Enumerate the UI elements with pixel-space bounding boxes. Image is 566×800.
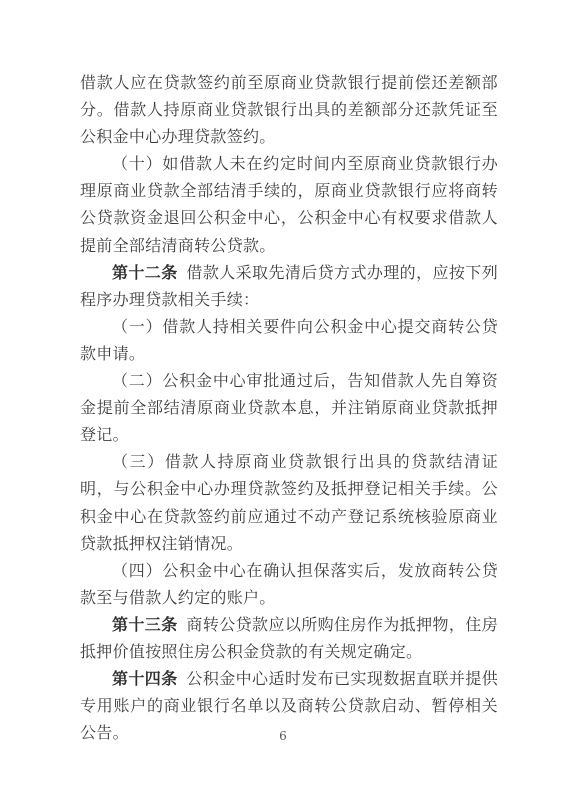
article-heading: 第十四条 <box>112 669 178 688</box>
paragraph-item-1: （一）借款人持相关要件向公积金中心提交商转公贷款申请。 <box>80 313 498 367</box>
paragraph-item-3: （三）借款人持原商业贷款银行出具的贷款结清证明，与公积金中心办理贷款签约及抵押登… <box>80 448 498 556</box>
paragraph-item-10: （十）如借款人未在约定时间内至原商业贷款银行办理原商业贷款全部结清手续的，原商业… <box>80 150 498 258</box>
document-body: 借款人应在贷款签约前至原商业贷款银行提前偿还差额部分。借款人持原商业贷款银行出具… <box>80 69 498 746</box>
document-page: 借款人应在贷款签约前至原商业贷款银行提前偿还差额部分。借款人持原商业贷款银行出具… <box>0 0 566 800</box>
paragraph-text: （十）如借款人未在约定时间内至原商业贷款银行办理原商业贷款全部结清手续的，原商业… <box>80 154 498 254</box>
paragraph-text: 借款人应在贷款签约前至原商业贷款银行提前偿还差额部分。借款人持原商业贷款银行出具… <box>80 73 498 146</box>
article-heading: 第十三条 <box>112 615 178 634</box>
paragraph-text: （四）公积金中心在确认担保落实后，发放商转公贷款至与借款人约定的账户。 <box>80 561 498 607</box>
paragraph-text: （三）借款人持原商业贷款银行出具的贷款结清证明，与公积金中心办理贷款签约及抵押登… <box>80 452 498 552</box>
page-number: 6 <box>0 728 566 744</box>
paragraph-text: （二）公积金中心审批通过后，告知借款人先自筹资金提前全部结清原商业贷款本息，并注… <box>80 371 498 444</box>
paragraph-item-2: （二）公积金中心审批通过后，告知借款人先自筹资金提前全部结清原商业贷款本息，并注… <box>80 367 498 448</box>
paragraph-article-12: 第十二条借款人采取先清后贷方式办理的，应按下列程序办理贷款相关手续： <box>80 259 498 313</box>
paragraph-article-13: 第十三条商转公贷款应以所购住房作为抵押物，住房抵押价值按照住房公积金贷款的有关规… <box>80 611 498 665</box>
paragraph-continuation: 借款人应在贷款签约前至原商业贷款银行提前偿还差额部分。借款人持原商业贷款银行出具… <box>80 69 498 150</box>
article-heading: 第十二条 <box>112 263 178 282</box>
paragraph-item-4: （四）公积金中心在确认担保落实后，发放商转公贷款至与借款人约定的账户。 <box>80 557 498 611</box>
paragraph-text: （一）借款人持相关要件向公积金中心提交商转公贷款申请。 <box>80 317 498 363</box>
